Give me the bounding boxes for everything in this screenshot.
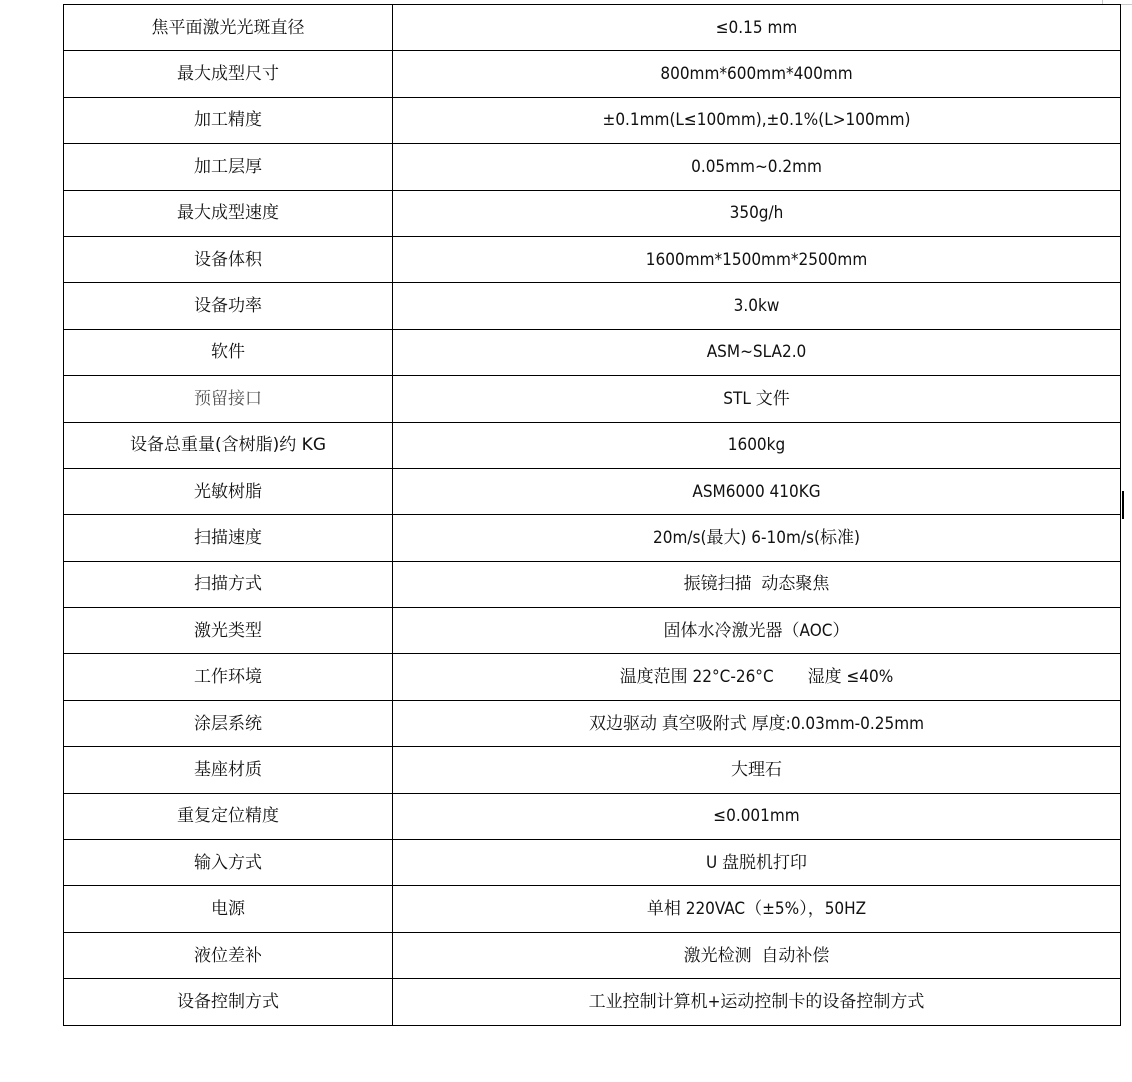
- spec-label: 软件: [64, 329, 393, 375]
- spec-label: 激光类型: [64, 608, 393, 654]
- spec-value: 1600mm*1500mm*2500mm: [393, 236, 1121, 282]
- table-row: 工作环境 温度范围 22°C-26°C 湿度 ≤40%: [64, 654, 1121, 700]
- spec-label: 扫描方式: [64, 561, 393, 607]
- table-row: 扫描方式 振镜扫描 动态聚焦: [64, 561, 1121, 607]
- spec-label: 预留接口: [64, 376, 393, 422]
- table-row: 电源 单相 220VAC（±5%），50HZ: [64, 886, 1121, 932]
- table-row: 最大成型尺寸 800mm*600mm*400mm: [64, 51, 1121, 97]
- spec-value: ±0.1mm(L≤100mm),±0.1%(L>100mm): [393, 97, 1121, 143]
- spec-value: 温度范围 22°C-26°C 湿度 ≤40%: [393, 654, 1121, 700]
- spec-label: 设备总重量(含树脂)约 KG: [64, 422, 393, 468]
- spec-label: 工作环境: [64, 654, 393, 700]
- spec-label: 光敏树脂: [64, 468, 393, 514]
- table-row: 光敏树脂 ASM6000 410KG: [64, 468, 1121, 514]
- spec-label: 扫描速度: [64, 515, 393, 561]
- table-row: 输入方式 U 盘脱机打印: [64, 840, 1121, 886]
- table-row: 软件 ASM~SLA2.0: [64, 329, 1121, 375]
- spec-label: 重复定位精度: [64, 793, 393, 839]
- table-row: 设备功率 3.0kw: [64, 283, 1121, 329]
- table-row: 设备控制方式 工业控制计算机+运动控制卡的设备控制方式: [64, 979, 1121, 1025]
- table-row: 重复定位精度 ≤0.001mm: [64, 793, 1121, 839]
- spec-value: 1600kg: [393, 422, 1121, 468]
- table-row: 扫描速度 20m/s(最大) 6-10m/s(标准): [64, 515, 1121, 561]
- spec-table: 焦平面激光光斑直径 ≤0.15 mm 最大成型尺寸 800mm*600mm*40…: [63, 4, 1121, 1026]
- spec-label: 最大成型尺寸: [64, 51, 393, 97]
- spec-value: 双边驱动 真空吸附式 厚度:0.03mm-0.25mm: [393, 700, 1121, 746]
- table-row: 设备总重量(含树脂)约 KG 1600kg: [64, 422, 1121, 468]
- spec-label: 电源: [64, 886, 393, 932]
- spec-value: U 盘脱机打印: [393, 840, 1121, 886]
- spec-label: 加工精度: [64, 97, 393, 143]
- table-row: 涂层系统 双边驱动 真空吸附式 厚度:0.03mm-0.25mm: [64, 700, 1121, 746]
- spec-label: 设备功率: [64, 283, 393, 329]
- spec-value: ASM6000 410KG: [393, 468, 1121, 514]
- spec-label: 最大成型速度: [64, 190, 393, 236]
- spec-value: 20m/s(最大) 6-10m/s(标准): [393, 515, 1121, 561]
- spec-value: 大理石: [393, 747, 1121, 793]
- spec-value: 激光检测 自动补偿: [393, 932, 1121, 978]
- spec-value: 350g/h: [393, 190, 1121, 236]
- table-row: 设备体积 1600mm*1500mm*2500mm: [64, 236, 1121, 282]
- spec-value: 振镜扫描 动态聚焦: [393, 561, 1121, 607]
- spec-value: 单相 220VAC（±5%），50HZ: [393, 886, 1121, 932]
- spec-label: 输入方式: [64, 840, 393, 886]
- table-row: 预留接口 STL 文件: [64, 376, 1121, 422]
- table-row: 加工精度 ±0.1mm(L≤100mm),±0.1%(L>100mm): [64, 97, 1121, 143]
- spec-value: ≤0.001mm: [393, 793, 1121, 839]
- spec-value: 3.0kw: [393, 283, 1121, 329]
- spec-value: 工业控制计算机+运动控制卡的设备控制方式: [393, 979, 1121, 1025]
- spec-value: ASM~SLA2.0: [393, 329, 1121, 375]
- spec-value: 0.05mm~0.2mm: [393, 144, 1121, 190]
- spec-label: 液位差补: [64, 932, 393, 978]
- table-row: 基座材质 大理石: [64, 747, 1121, 793]
- spec-value: STL 文件: [393, 376, 1121, 422]
- spec-value: 固体水冷激光器（AOC）: [393, 608, 1121, 654]
- text-cursor: [1122, 491, 1124, 519]
- spec-label: 基座材质: [64, 747, 393, 793]
- spec-label: 设备控制方式: [64, 979, 393, 1025]
- spec-label: 涂层系统: [64, 700, 393, 746]
- table-row: 液位差补 激光检测 自动补偿: [64, 932, 1121, 978]
- spec-value: ≤0.15 mm: [393, 5, 1121, 51]
- table-row: 焦平面激光光斑直径 ≤0.15 mm: [64, 5, 1121, 51]
- spec-value: 800mm*600mm*400mm: [393, 51, 1121, 97]
- spec-label: 设备体积: [64, 236, 393, 282]
- spec-label: 加工层厚: [64, 144, 393, 190]
- spec-label: 焦平面激光光斑直径: [64, 5, 393, 51]
- table-row: 激光类型 固体水冷激光器（AOC）: [64, 608, 1121, 654]
- table-row: 最大成型速度 350g/h: [64, 190, 1121, 236]
- table-row: 加工层厚 0.05mm~0.2mm: [64, 144, 1121, 190]
